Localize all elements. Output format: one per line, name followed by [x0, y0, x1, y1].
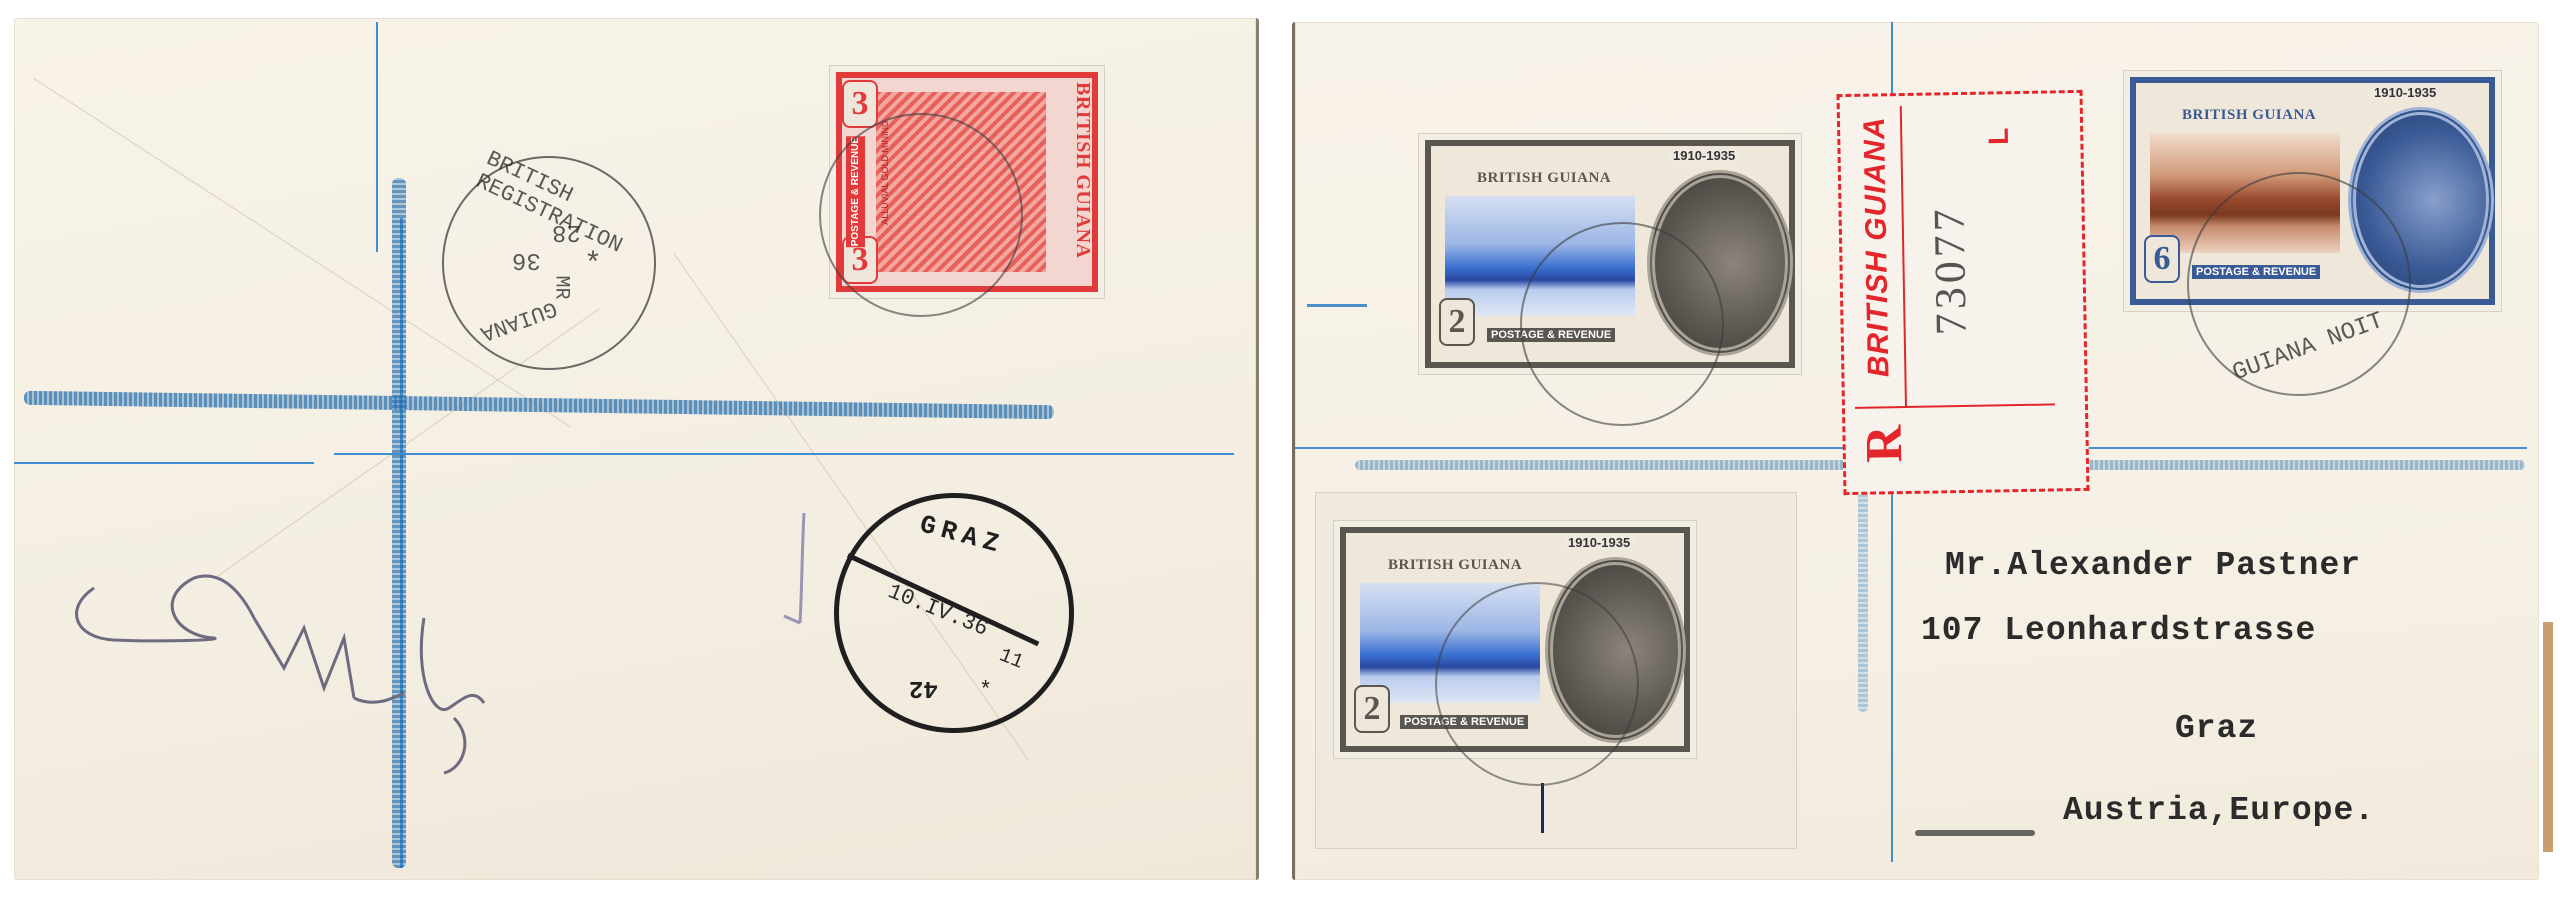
postmark-day: 28	[552, 218, 581, 245]
registration-line-horizontal-left	[14, 462, 314, 464]
graz-arrival-postmark: GRAZ 10.IV.36 11 42 *	[834, 493, 1074, 733]
address-name: Mr.Alexander Pastner	[1945, 547, 2361, 584]
stamp-country: BRITISH GUIANA	[1477, 170, 1611, 187]
registration-line-vertical-top	[376, 22, 378, 252]
address-street: 107 Leonhardstrasse	[1921, 612, 2316, 649]
label-number: 73077	[1923, 205, 1976, 336]
blue-crayon-stroke-vertical	[1858, 462, 1868, 712]
torn-edge	[2543, 622, 2553, 852]
address-country: Austria,Europe.	[2063, 792, 2375, 829]
stamp-value: 2	[1439, 298, 1475, 346]
postmark-time: 11	[996, 644, 1027, 674]
postmark-star: *	[584, 248, 602, 282]
cancel-postmark-3	[1435, 582, 1639, 786]
label-r-mark: R	[1855, 425, 1915, 464]
cancel-postmark-2: GUIANA NOIT	[2187, 172, 2411, 396]
postmark-month: MR	[550, 275, 573, 299]
postmark-text-bottom: GUIANA	[477, 295, 560, 346]
stamp-country: BRITISH GUIANA	[1071, 82, 1094, 258]
label-divider-vertical	[1900, 106, 1907, 406]
stamp-value: 6	[2144, 235, 2180, 283]
stamp-value-top: 3	[842, 80, 878, 128]
label-country: BRITISH GUIANA	[1858, 116, 1897, 377]
stamp-country: BRITISH GUIANA	[2182, 107, 2316, 124]
cancel-postmark-back	[819, 113, 1023, 317]
margin-mark	[1541, 783, 1544, 833]
registration-postmark: BRITISH REGISTRATION GUIANA 28 MR 36 *	[442, 156, 656, 370]
postmark-city: GRAZ	[917, 509, 1008, 560]
postmark-fragment: GUIANA NOIT	[2229, 308, 2387, 388]
postmark-date: 10.IV.36	[884, 579, 991, 642]
registration-line-horizontal	[334, 453, 1234, 455]
stamp-value: 2	[1354, 685, 1390, 733]
address-city: Graz	[2175, 710, 2258, 747]
postmark-number: 42	[909, 674, 938, 701]
blue-ink-mark	[1307, 304, 1367, 307]
label-suffix: L	[1983, 128, 2015, 146]
postmark-star: *	[979, 678, 992, 703]
stamp-country: BRITISH GUIANA	[1388, 557, 1522, 574]
registration-label: BRITISH GUIANA R 73077 L	[1837, 90, 2090, 495]
stamp-years: 1910-1935	[1562, 535, 1636, 550]
envelope-back: BRITISH REGISTRATION GUIANA 28 MR 36 * B…	[14, 18, 1259, 880]
stamp-years: 1910-1935	[2368, 85, 2442, 100]
postmark-text-top: BRITISH REGISTRATION	[472, 146, 656, 267]
ink-smudge	[1915, 830, 2035, 836]
pencil-signature	[54, 558, 574, 778]
envelope-front: BRITISH GUIANA 1910-1935 2 POSTAGE & REV…	[1292, 22, 2539, 880]
stamp-years: 1910-1935	[1667, 148, 1741, 163]
label-divider-horizontal	[1855, 403, 2055, 408]
pencil-mark	[774, 508, 824, 638]
blue-crayon-stroke-horizontal	[24, 391, 1054, 419]
cancel-postmark-1	[1520, 222, 1724, 426]
postmark-year: 36	[512, 246, 541, 273]
